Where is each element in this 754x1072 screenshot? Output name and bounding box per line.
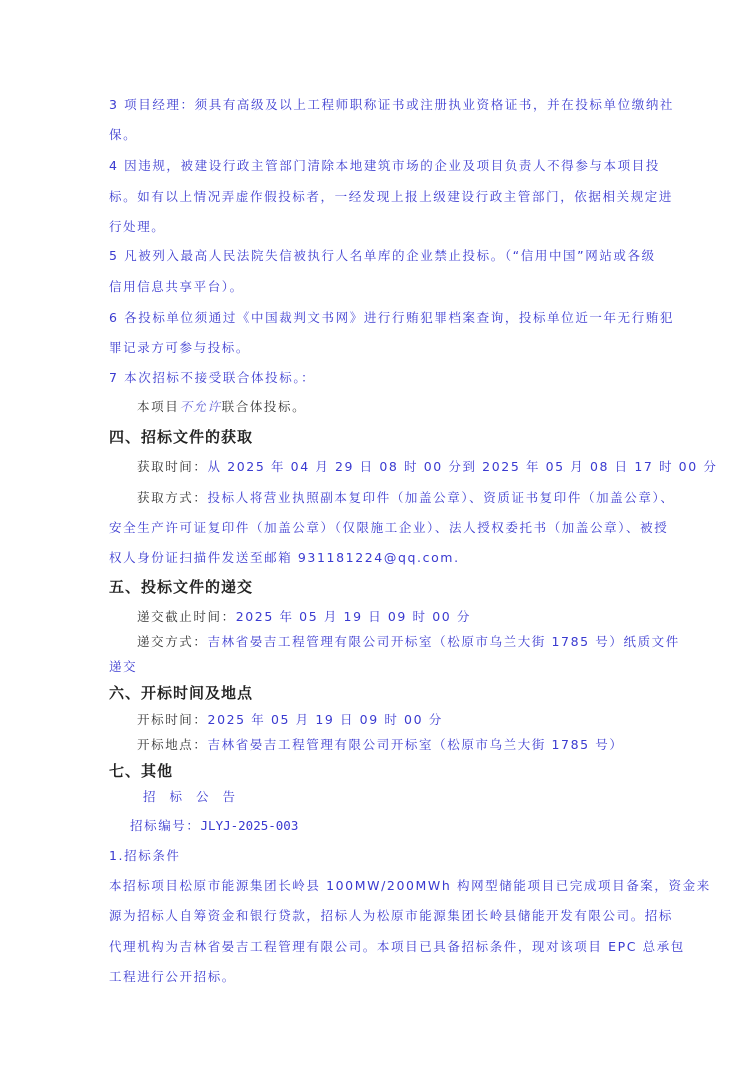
section4-method-label: 获取方式： [137,490,208,505]
section5-heading: 五、投标文件的递交 [109,578,253,596]
conditions-line2: 源为招标人自筹资金和银行贷款，招标人为松原市能源集团长岭县储能开发有限公司。招标 [109,908,673,924]
item4-line2: 标。如有以上情况弄虚作假投标者，一经发现上报上级建设行政主管部门，依据相关规定进 [109,189,673,205]
bid-number: 招标编号：JLYJ-2025-003 [130,818,298,834]
conditions-line4: 工程进行公开招标。 [109,969,236,985]
item5-line2: 信用信息共享平台）。 [109,279,244,295]
section7-heading: 七、其他 [109,762,173,780]
section5-method-line2: 递交 [109,659,137,675]
bid-number-label: 招标编号： [130,818,201,833]
conditions-title: 1.招标条件 [109,848,181,864]
item7-line1: 7 本次招标不接受联合体投标。： [109,370,315,386]
section5-method-line1: 吉林省晏吉工程管理有限公司开标室（松原市乌兰大街 1785 号）纸质文件 [208,634,680,649]
consortium-prefix: 本项目 [137,399,179,414]
bid-number-value: JLYJ-2025-003 [201,818,299,833]
section5-deadline: 递交截止时间：2025 年 05 月 19 日 09 时 00 分 [137,609,471,625]
section6-place-label: 开标地点： [137,737,208,752]
section6-heading: 六、开标时间及地点 [109,684,253,702]
item3-line2: 保。 [109,127,137,143]
section5-method: 递交方式：吉林省晏吉工程管理有限公司开标室（松原市乌兰大街 1785 号）纸质文… [137,634,680,650]
section6-time: 开标时间：2025 年 05 月 19 日 09 时 00 分 [137,712,443,728]
item3-line1: 3 项目经理：须具有高级及以上工程师职称证书或注册执业资格证书，并在投标单位缴纳… [109,97,674,113]
section4-time-label: 获取时间： [137,459,208,474]
item5-line1: 5 凡被列入最高人民法院失信被执行人名单库的企业禁止投标。（“信用中国”网站或各… [109,248,656,264]
item6-line1: 6 各投标单位须通过《中国裁判文书网》进行行贿犯罪档案查询，投标单位近一年无行贿… [109,310,674,326]
section4-method-line1: 投标人将营业执照副本复印件（加盖公章）、资质证书复印件（加盖公章）、 [208,490,675,505]
item4-line1: 4 因违规，被建设行政主管部门清除本地建筑市场的企业及项目负责人不得参与本项目投 [109,158,660,174]
section4-time-value: 从 2025 年 04 月 29 日 08 时 00 分到 2025 年 05 … [208,459,718,474]
section6-time-label: 开标时间： [137,712,208,727]
consortium-suffix: 联合体投标。 [222,399,307,414]
section6-place-value: 吉林省晏吉工程管理有限公司开标室（松原市乌兰大街 1785 号） [208,737,624,752]
section4-method-line3: 权人身份证扫描件发送至邮箱 931181224@qq.com. [109,550,460,566]
notice-title: 招标公告 [143,789,249,805]
conditions-line1: 本招标项目松原市能源集团长岭县 100MW/200MWh 构网型储能项目已完成项… [109,878,711,894]
section6-time-value: 2025 年 05 月 19 日 09 时 00 分 [208,712,443,727]
section5-deadline-value: 2025 年 05 月 19 日 09 时 00 分 [236,609,471,624]
conditions-line3: 代理机构为吉林省晏吉工程管理有限公司。本项目已具备招标条件，现对该项目 EPC … [109,939,685,955]
item4-line3: 行处理。 [109,219,165,235]
item6-line2: 罪记录方可参与投标。 [109,340,250,356]
section5-method-label: 递交方式： [137,634,208,649]
section4-method: 获取方式：投标人将营业执照副本复印件（加盖公章）、资质证书复印件（加盖公章）、 [137,490,674,506]
consortium-statement: 本项目不允许联合体投标。 [137,399,306,415]
consortium-value: 不允许 [179,399,221,414]
section4-heading: 四、招标文件的获取 [109,428,253,446]
section5-deadline-label: 递交截止时间： [137,609,236,624]
section4-time: 获取时间：从 2025 年 04 月 29 日 08 时 00 分到 2025 … [137,459,717,475]
section6-place: 开标地点：吉林省晏吉工程管理有限公司开标室（松原市乌兰大街 1785 号） [137,737,623,753]
document-page: 3 项目经理：须具有高级及以上工程师职称证书或注册执业资格证书，并在投标单位缴纳… [0,0,754,1072]
section4-method-line2: 安全生产许可证复印件（加盖公章）（仅限施工企业）、法人授权委托书（加盖公章）、被… [109,520,668,536]
